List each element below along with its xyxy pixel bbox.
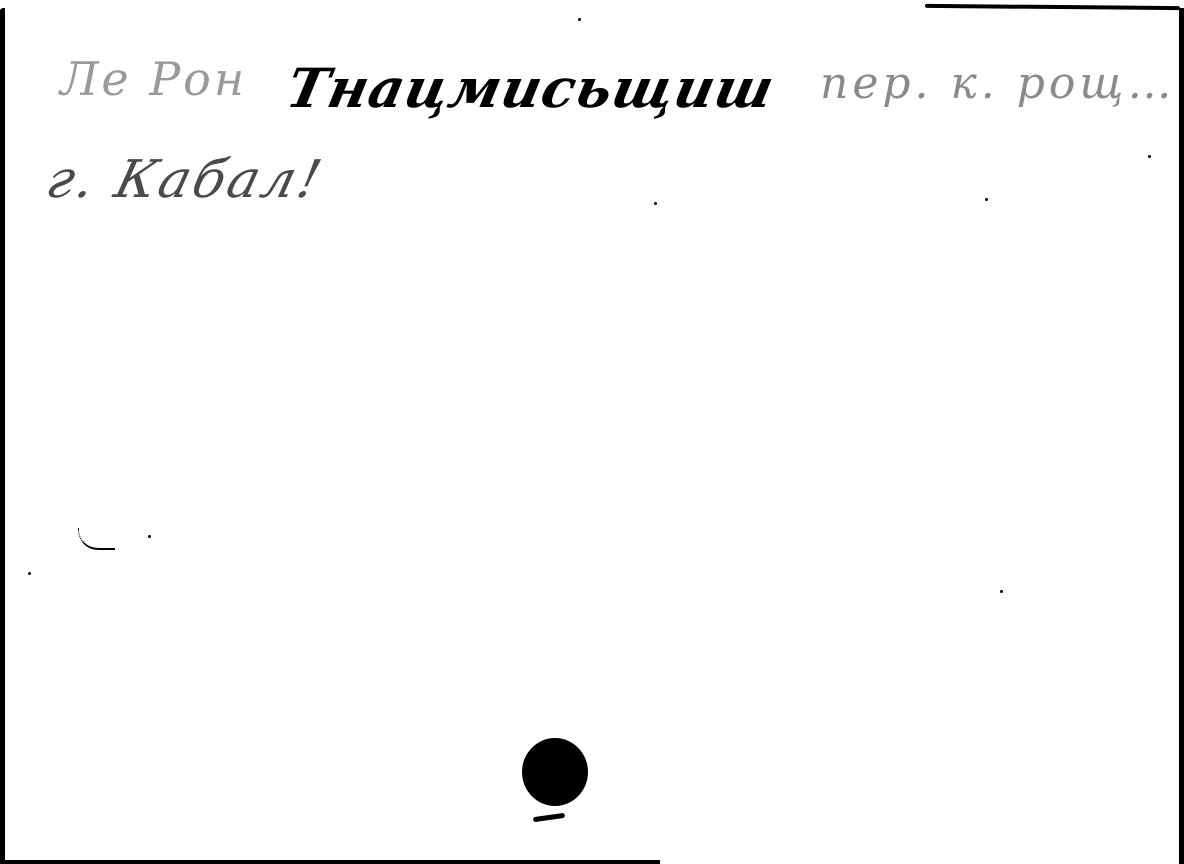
scan-speck xyxy=(28,572,31,575)
scan-speck xyxy=(148,535,151,538)
ink-blot-tail xyxy=(533,813,565,822)
scan-speck xyxy=(1148,155,1151,158)
card-right-edge xyxy=(1179,8,1184,864)
handwritten-line1-suffix: пер. к. рощ… xyxy=(820,58,1175,109)
card-left-edge xyxy=(0,8,5,864)
handwritten-line2: г. Кабал! xyxy=(41,150,330,210)
handwritten-line1-main: Тнацмисьщиш xyxy=(281,56,780,120)
ink-blot-seal-icon xyxy=(522,738,588,806)
faint-pen-mark xyxy=(78,528,115,550)
card-bottom-edge xyxy=(0,860,660,864)
scan-speck xyxy=(578,18,581,21)
scanned-card: Ле Рон Тнацмисьщиш пер. к. рощ… г. Кабал… xyxy=(0,0,1184,864)
card-top-edge xyxy=(925,4,1180,10)
scan-speck xyxy=(985,198,988,201)
handwritten-line1-prefix: Ле Рон xyxy=(60,52,247,106)
scan-speck xyxy=(654,202,657,205)
scan-speck xyxy=(1000,590,1003,593)
